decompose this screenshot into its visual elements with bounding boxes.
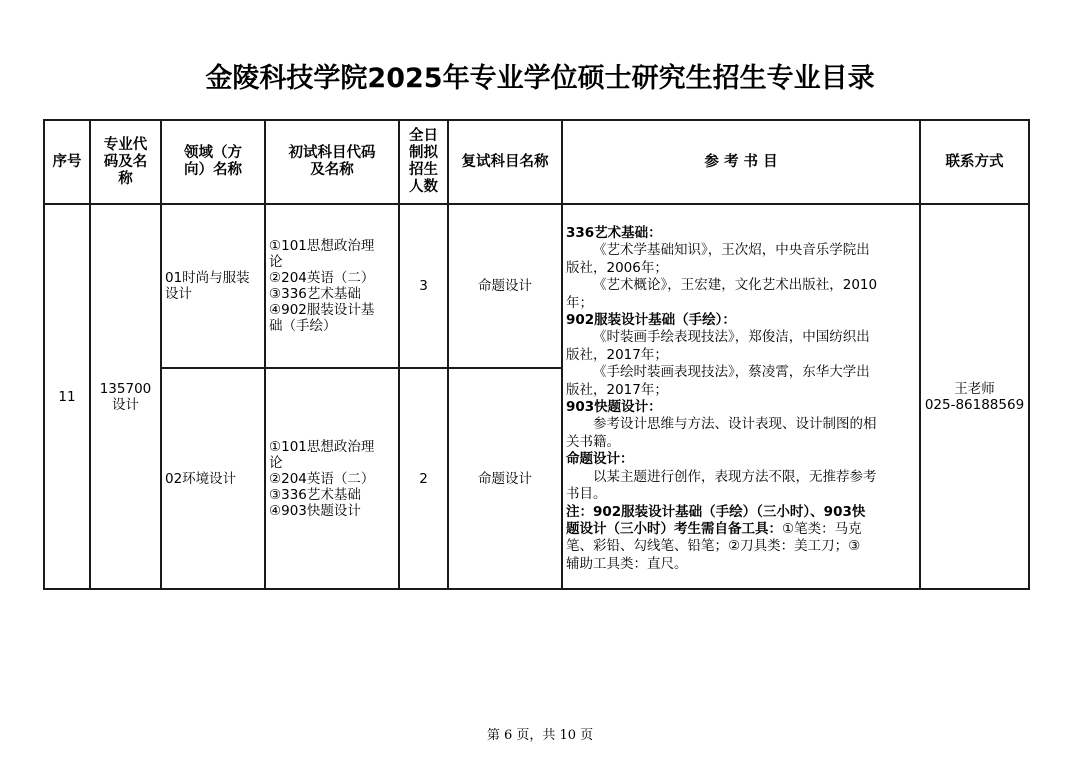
reference-books-cell: 336艺术基础： 《艺术学基础知识》，王次炤，中央音乐学院出 版社，2006年；… [562, 204, 920, 589]
field-cell: 02环境设计 [161, 368, 265, 589]
header-quota: 全日 制拟 招生 人数 [399, 120, 448, 204]
retest-cell: 命题设计 [448, 368, 562, 589]
header-exam: 初试科目代码 及名称 [265, 120, 399, 204]
contact-cell: 王老师 025-86188569 [920, 204, 1029, 589]
retest-cell: 命题设计 [448, 204, 562, 368]
quota-cell: 2 [399, 368, 448, 589]
header-field: 领域（方 向）名称 [161, 120, 265, 204]
page-number: 第 6 页，共 10 页 [0, 724, 1080, 743]
exam-subjects-cell: ①101思想政治理 论 ②204英语（二） ③336艺术基础 ④903快题设计 [265, 368, 399, 589]
header-contact: 联系方式 [920, 120, 1029, 204]
header-major: 专业代 码及名 称 [90, 120, 161, 204]
page-title: 金陵科技学院2025年专业学位硕士研究生招生专业目录 [0, 56, 1080, 95]
exam-subjects-cell: ①101思想政治理 论 ②204英语（二） ③336艺术基础 ④902服装设计基… [265, 204, 399, 368]
major-cell: 135700 设计 [90, 204, 161, 589]
contact-name: 王老师 [921, 381, 1028, 397]
header-seq: 序号 [44, 120, 90, 204]
field-cell: 01时尚与服装 设计 [161, 204, 265, 368]
contact-phone: 025-86188569 [921, 397, 1028, 413]
header-row: 序号 专业代 码及名 称 领域（方 向）名称 初试科目代码 及名称 全日 制拟 … [44, 120, 1029, 204]
table-row: 11 135700 设计 01时尚与服装 设计 ①101思想政治理 论 ②204… [44, 204, 1029, 368]
header-retest: 复试科目名称 [448, 120, 562, 204]
header-refs: 参 考 书 目 [562, 120, 920, 204]
quota-cell: 3 [399, 204, 448, 368]
seq-cell: 11 [44, 204, 90, 589]
program-catalog-table: 序号 专业代 码及名 称 领域（方 向）名称 初试科目代码 及名称 全日 制拟 … [43, 119, 1030, 590]
note-text: 注：902服装设计基础（手绘）（三小时）、903快 [566, 504, 915, 521]
